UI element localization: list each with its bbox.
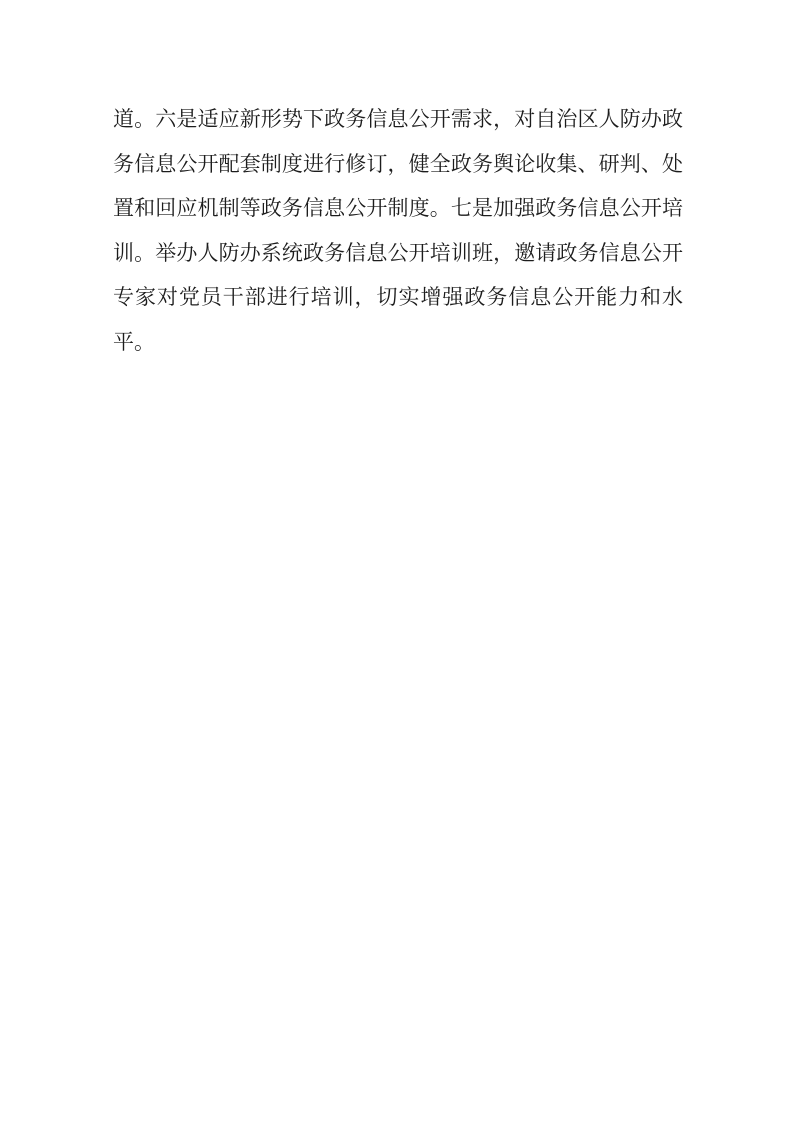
paragraph-line: 道。六是适应新形势下政务信息公开需求，对自治区人防办政 [113,97,683,142]
paragraph-line: 置和回应机制等政务信息公开制度。七是加强政务信息公开培 [113,186,683,231]
paragraph-line-last: 平。 [113,320,683,365]
body-paragraph: 道。六是适应新形势下政务信息公开需求，对自治区人防办政 务信息公开配套制度进行修… [113,97,683,364]
document-page: 道。六是适应新形势下政务信息公开需求，对自治区人防办政 务信息公开配套制度进行修… [0,0,793,1122]
paragraph-line: 专家对党员干部进行培训，切实增强政务信息公开能力和水 [113,275,683,320]
paragraph-line: 务信息公开配套制度进行修订，健全政务舆论收集、研判、处 [113,142,683,187]
paragraph-line: 训。举办人防办系统政务信息公开培训班，邀请政务信息公开 [113,231,683,276]
